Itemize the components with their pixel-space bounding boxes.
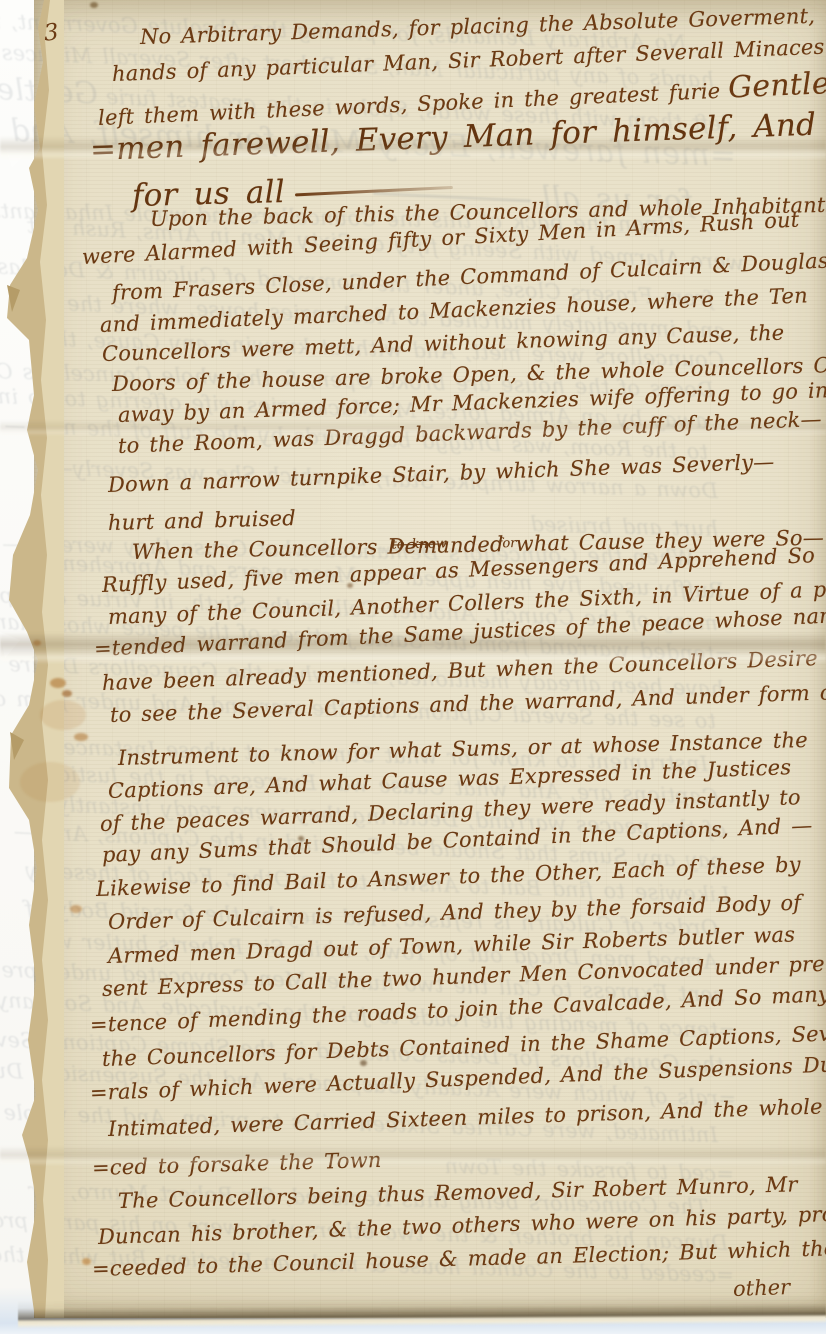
- manuscript-line: =ced to forsake the Town: [92, 1148, 382, 1180]
- manuscript-line: Down a narrow turnpike Stair, by which S…: [108, 450, 775, 497]
- manuscript-text: No Arbitrary Demands, for placing the Ab…: [0, 0, 826, 1334]
- interlinear-insertion-struck: to know: [391, 536, 447, 552]
- manuscript-text-run: Down a narrow turnpike Stair, by which S…: [108, 450, 775, 497]
- manuscript-line: hurt and bruised: [108, 506, 297, 535]
- manuscript-text-run: hurt and bruised: [108, 506, 297, 535]
- page-number: 3: [43, 19, 60, 46]
- manuscript-text-run: Intimated, were Carried Sixteen miles to…: [108, 1093, 826, 1141]
- paper-bottom-edge: [18, 1296, 826, 1329]
- manuscript-line: Intimated, were Carried Sixteen miles to…: [108, 1093, 826, 1141]
- interlinear-insertion-added: for: [497, 536, 516, 551]
- pen-flourish: [295, 186, 453, 196]
- manuscript-text-run-large: Gentle: [727, 66, 826, 105]
- manuscript-text-run: =ced to forsake the Town: [92, 1148, 382, 1180]
- scanned-manuscript-page: No Arbitrary Demands, for placing the Ab…: [0, 0, 826, 1334]
